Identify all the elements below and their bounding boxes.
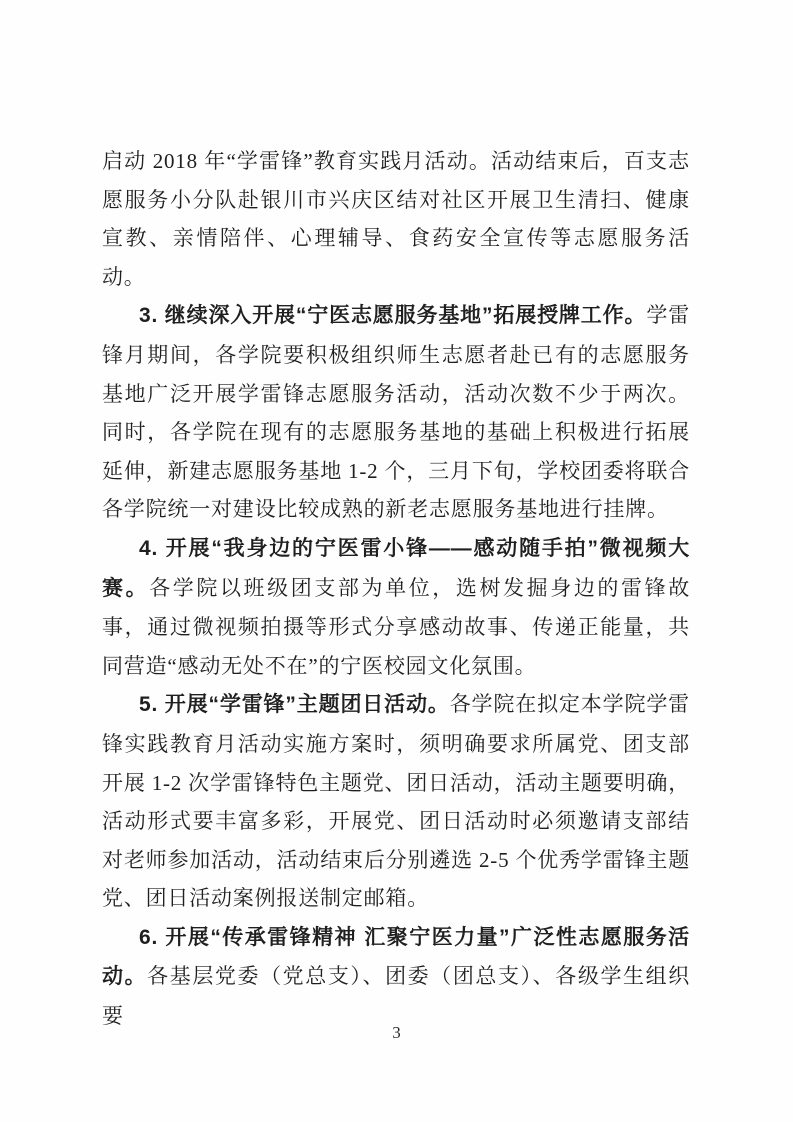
body-text-segment: 启动 2018 年“学雷锋”教育实践月活动。活动结束后，百支志愿服务小分队赴银川… (102, 149, 690, 289)
document-body: 启动 2018 年“学雷锋”教育实践月活动。活动结束后，百支志愿服务小分队赴银川… (102, 142, 690, 1036)
heading-segment: 3. 继续深入开展“宁医志愿服务基地”拓展授牌工作。 (139, 304, 646, 327)
paragraph: 启动 2018 年“学雷锋”教育实践月活动。活动结束后，百支志愿服务小分队赴银川… (102, 142, 690, 296)
page-number: 3 (0, 1023, 793, 1043)
body-text-segment: 学雷锋月期间，各学院要积极组织师生志愿者赴已有的志愿服务基地广泛开展学雷锋志愿服… (102, 303, 690, 521)
body-text-segment: 各学院在拟定本学院学雷锋实践教育月活动实施方案时，须明确要求所属党、团支部开展 … (102, 692, 690, 910)
body-text-segment: 各学院以班级团支部为单位，选树发掘身边的雷锋故事，通过微视频拍摄等形式分享感动故… (102, 576, 690, 678)
paragraph: 6. 开展“传承雷锋精神 汇聚宁医力量”广泛性志愿服务活动。各基层党委（党总支）… (102, 918, 690, 1036)
body-text-segment: 各基层党委（党总支）、团委（团总支）、各级学生组织要 (102, 964, 690, 1028)
document-page: 启动 2018 年“学雷锋”教育实践月活动。活动结束后，百支志愿服务小分队赴银川… (0, 0, 793, 1122)
paragraph: 5. 开展“学雷锋”主题团日活动。各学院在拟定本学院学雷锋实践教育月活动实施方案… (102, 685, 690, 918)
paragraph: 3. 继续深入开展“宁医志愿服务基地”拓展授牌工作。学雷锋月期间，各学院要积极组… (102, 296, 690, 529)
paragraph: 4. 开展“我身边的宁医雷小锋——感动随手拍”微视频大赛。各学院以班级团支部为单… (102, 529, 690, 685)
heading-segment: 5. 开展“学雷锋”主题团日活动。 (139, 693, 450, 716)
